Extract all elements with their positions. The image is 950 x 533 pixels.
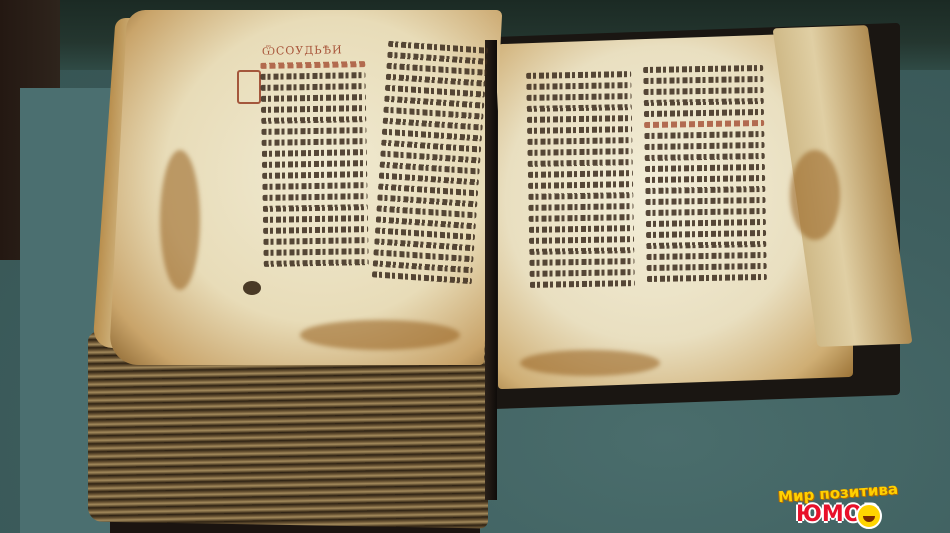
text-column	[643, 65, 767, 282]
stain	[300, 320, 460, 350]
text-column	[260, 61, 369, 267]
text-column	[526, 71, 635, 288]
stain	[520, 350, 660, 376]
stain	[790, 150, 840, 240]
stain	[160, 150, 200, 290]
page-hole	[243, 281, 261, 295]
text-column	[372, 41, 488, 284]
book-spine	[485, 40, 497, 500]
photo-scene: ѾСОУДЬѢИ Мир позитива ЮМОР	[0, 0, 950, 533]
decorated-initial	[237, 70, 261, 104]
left-page-heading: ѾСОУДЬѢИ	[262, 43, 343, 57]
watermark-logo: Мир позитива ЮМОР	[778, 478, 928, 530]
smiley-face-icon	[856, 503, 882, 529]
